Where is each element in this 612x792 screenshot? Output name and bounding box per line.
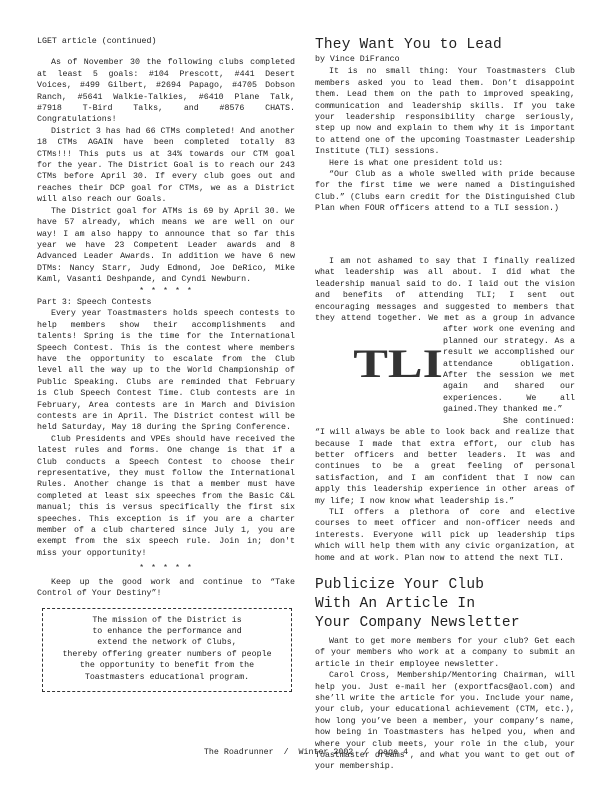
separator-stars: * * * * *	[37, 286, 295, 297]
mission-line: to enhance the performance and	[47, 626, 287, 637]
article-byline: by Vince DiFranco	[315, 54, 575, 65]
right-column-logo-section: I am not ashamed to say that I finally r…	[315, 256, 575, 773]
right-column: They Want You to Lead by Vince DiFranco …	[315, 36, 575, 215]
section-heading-speech-contests: Part 3: Speech Contests	[37, 297, 295, 308]
paragraph-carol-cross: Carol Cross, Membership/Mentoring Chairm…	[315, 670, 575, 773]
paragraph-ctms: District 3 has had 66 CTMs completed! An…	[37, 126, 295, 206]
separator-stars: * * * * *	[37, 563, 295, 574]
article-title-line: Publicize Your Club	[315, 576, 575, 595]
paragraph-quote-pride: “Our Club as a whole swelled with pride …	[315, 169, 575, 215]
mission-statement-box: The mission of the District is to enhanc…	[42, 608, 292, 692]
paragraph-contest-rules: Club Presidents and VPEs should have rec…	[37, 434, 295, 559]
mission-line: Toastmasters educational program.	[47, 672, 287, 683]
article-title-line: Your Company Newsletter	[315, 614, 575, 633]
paragraph-president-intro: Here is what one president told us:	[315, 158, 575, 169]
article-title-line: With An Article In	[315, 595, 575, 614]
paragraph-leadership-realized: I am not ashamed to say that I finally r…	[315, 256, 575, 416]
paragraph-clubs-goals: As of November 30 the following clubs co…	[37, 57, 295, 125]
article-title-publicize: Publicize Your ClubWith An Article InYou…	[315, 576, 575, 633]
article-continued-label: LGET article (continued)	[37, 36, 295, 47]
tli-logo-icon: TLI	[335, 344, 443, 384]
mission-line: thereby offering greater numbers of peop…	[47, 649, 287, 660]
paragraph-speech-contests: Every year Toastmasters holds speech con…	[37, 308, 295, 433]
paragraph-she-continued: She continued: “I will always be able to…	[315, 416, 575, 507]
tli-logo: TLI	[315, 326, 433, 416]
page-footer: The Roadrunner / Winter 2002 / page 4	[0, 748, 612, 757]
paragraph-atms: The District goal for ATMs is 69 by Apri…	[37, 206, 295, 286]
left-column: LGET article (continued) As of November …	[37, 36, 295, 692]
mission-line: The mission of the District is	[47, 615, 287, 626]
paragraph-get-members: Want to get more members for your club? …	[315, 636, 575, 670]
paragraph-tli-offers: TLI offers a plethora of core and electi…	[315, 507, 575, 564]
paragraph-closing: Keep up the good work and continue to “T…	[37, 577, 295, 600]
mission-line: extend the network of Clubs,	[47, 637, 287, 648]
paragraph-lead-intro: It is no small thing: Your Toastmasters …	[315, 66, 575, 157]
article-title-lead: They Want You to Lead	[315, 36, 575, 54]
mission-line: the opportunity to benefit from the	[47, 660, 287, 671]
